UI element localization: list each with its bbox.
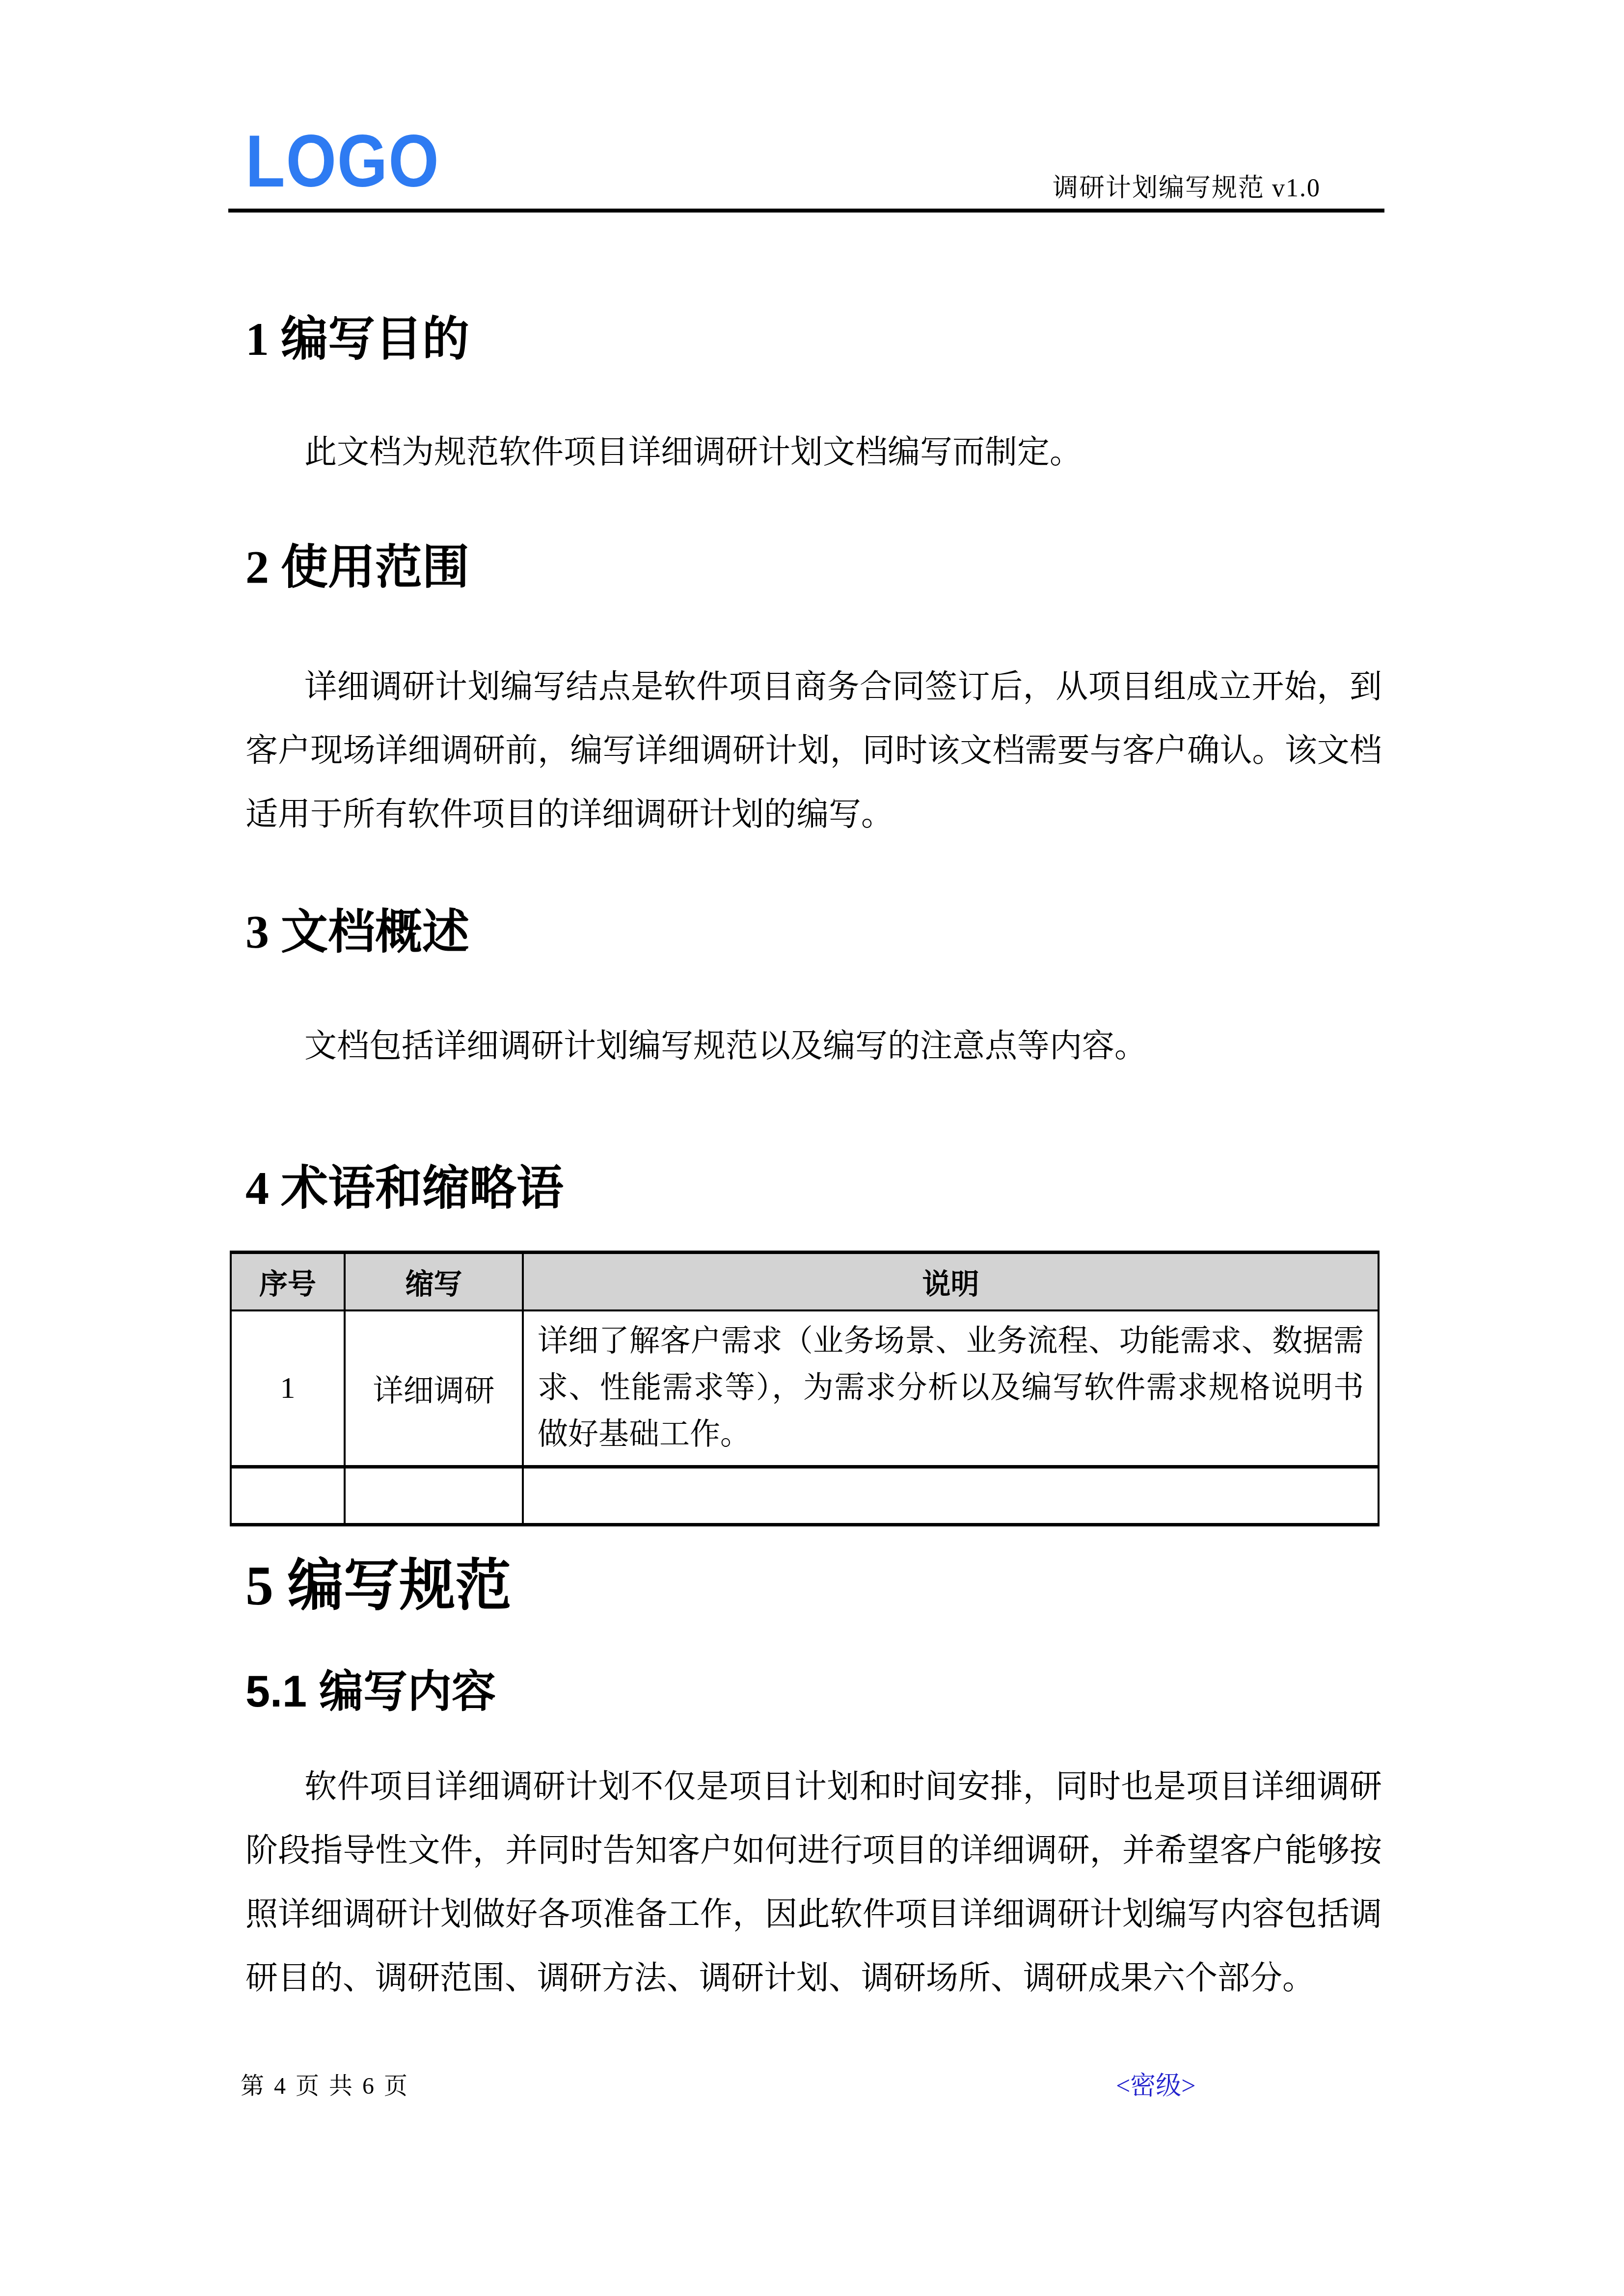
section-3-heading: 3 文档概述 xyxy=(245,908,1382,956)
term-index-cell: 1 xyxy=(231,1310,345,1467)
terms-col-header-index: 序号 xyxy=(231,1253,345,1310)
empty-description-cell xyxy=(523,1467,1379,1524)
section-1-paragraph: 此文档为规范软件项目详细调研计划文档编写而制定。 xyxy=(245,421,1382,484)
company-logo: LOGO xyxy=(245,124,440,198)
term-description-cell: 详细了解客户需求（业务场景、业务流程、功能需求、数据需求、性能需求等），为需求分… xyxy=(523,1310,1379,1467)
section-5-1-paragraph: 软件项目详细调研计划不仅是项目计划和时间安排，同时也是项目详细调研阶段指导性文件… xyxy=(245,1755,1382,2010)
page-footer: 第 4 页 共 6 页 <密级> xyxy=(228,2072,1382,2101)
header-doc-title: 调研计划编写规范 v1.0 xyxy=(1053,175,1321,202)
section-4-heading: 4 术语和缩略语 xyxy=(245,1165,1382,1212)
table-row: 1 详细调研 详细了解客户需求（业务场景、业务流程、功能需求、数据需求、性能需求… xyxy=(231,1310,1379,1467)
terms-col-header-description: 说明 xyxy=(523,1253,1379,1310)
empty-index-cell xyxy=(231,1467,345,1524)
section-2-paragraph: 详细调研计划编写结点是软件项目商务合同签订后，从项目组成立开始，到客户现场详细调… xyxy=(245,655,1382,847)
term-abbreviation-cell: 详细调研 xyxy=(345,1310,523,1467)
terms-table: 序号 缩写 说明 1 详细调研 详细了解客户需求（业务场景、业务流程、功能需求、… xyxy=(230,1251,1380,1526)
classification-label: <密级> xyxy=(1116,2072,1196,2101)
table-row-empty xyxy=(231,1467,1379,1524)
section-5-heading: 5 编写规范 xyxy=(245,1558,1382,1614)
document-body: 1 编写目的 此文档为规范软件项目详细调研计划文档编写而制定。 2 使用范围 详… xyxy=(228,316,1382,2010)
section-5-1-heading: 5.1 编写内容 xyxy=(245,1671,1382,1713)
page-header: LOGO 调研计划编写规范 v1.0 xyxy=(0,0,1624,213)
section-1-heading: 1 编写目的 xyxy=(245,316,1382,363)
terms-col-header-abbreviation: 缩写 xyxy=(345,1253,523,1310)
page-number: 第 4 页 共 6 页 xyxy=(241,2072,409,2101)
section-3-paragraph: 文档包括详细调研计划编写规范以及编写的注意点等内容。 xyxy=(245,1015,1382,1078)
header-rule xyxy=(228,209,1384,213)
document-page: LOGO 调研计划编写规范 v1.0 1 编写目的 此文档为规范软件项目详细调研… xyxy=(0,0,1624,2296)
terms-table-header-row: 序号 缩写 说明 xyxy=(231,1253,1379,1310)
empty-abbreviation-cell xyxy=(345,1467,523,1524)
section-2-heading: 2 使用范围 xyxy=(245,544,1382,591)
